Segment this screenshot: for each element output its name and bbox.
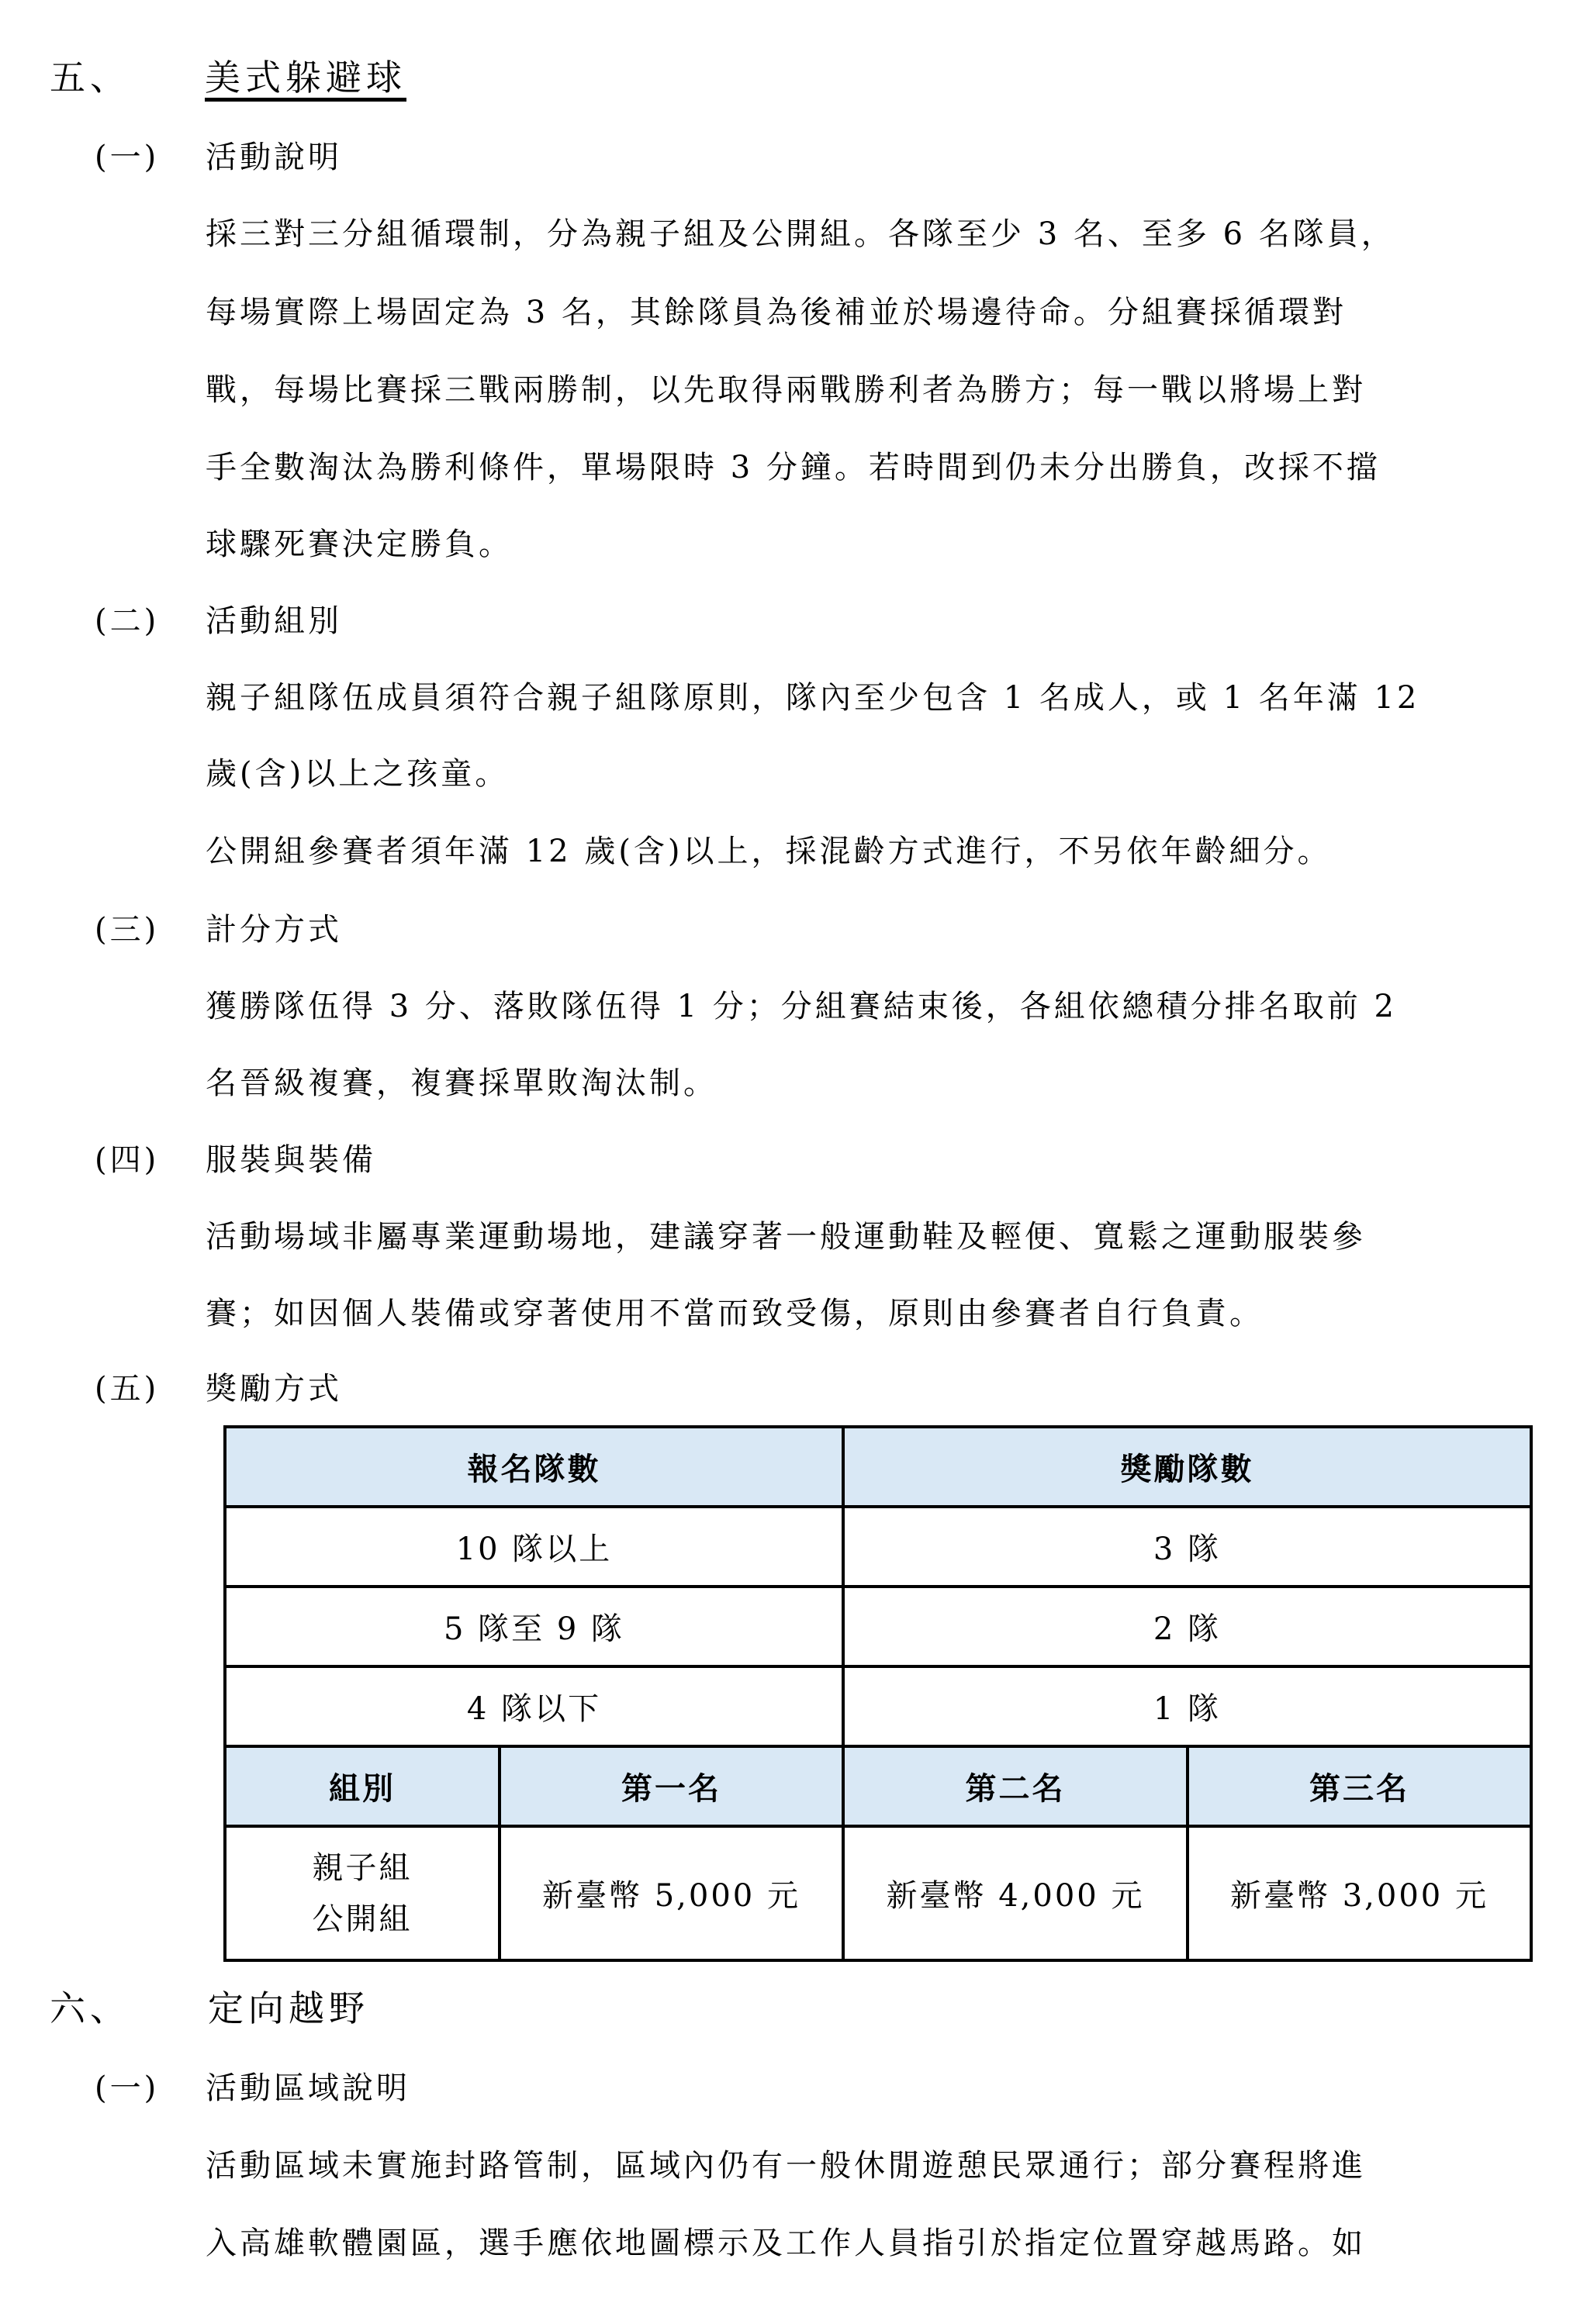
registered-teams-cell: 4 隊以下 [225,1666,843,1746]
paragraph-line: 球驟死賽決定勝負。 [206,525,513,564]
table-row: 10 隊以上 3 隊 [225,1507,1531,1587]
award-table: 報名隊數 獎勵隊數 10 隊以上 3 隊 5 隊至 9 隊 2 隊 4 隊以下 … [223,1425,1533,1962]
paragraph-line: 每場實際上場固定為 3 名，其餘隊員為後補並於場邊待命。分組賽採循環對 [206,293,1347,332]
header-third-place: 第三名 [1188,1746,1531,1826]
subsection-6-1-title: 活動區域說明 [206,2069,410,2108]
subsection-5-3-title: 計分方式 [206,910,342,949]
awarded-teams-cell: 3 隊 [843,1507,1531,1587]
subsection-5-4-title: 服裝與裝備 [206,1141,376,1179]
prize-header-row: 組別 第一名 第二名 第三名 [225,1746,1531,1826]
group-parent-child: 親子組 [226,1842,498,1894]
paragraph-line: 戰，每場比賽採三戰兩勝制，以先取得兩戰勝利者為勝方；每一戰以將場上對 [206,371,1366,409]
paragraph-line: 名晉級複賽，複賽採單敗淘汰制。 [206,1064,717,1103]
subsection-5-5-number: (五) [95,1369,159,1408]
section-5-title: 美式躲避球 [205,56,406,99]
paragraph-line: 活動場域非屬專業運動場地，建議穿著一般運動鞋及輕便、寬鬆之運動服裝參 [206,1217,1366,1256]
subsection-5-5-title: 獎勵方式 [206,1369,342,1408]
registered-teams-cell: 5 隊至 9 隊 [225,1587,843,1666]
third-place-prize: 新臺幣 3,000 元 [1188,1826,1531,1960]
subsection-5-1-number: (一) [95,138,159,177]
paragraph-line: 歲(含)以上之孩童。 [206,755,509,793]
table-row: 5 隊至 9 隊 2 隊 [225,1587,1531,1666]
subsection-5-2-number: (二) [95,602,159,641]
paragraph-line: 入高雄軟體園區，選手應依地圖標示及工作人員指引於指定位置穿越馬路。如 [206,2224,1366,2263]
first-place-prize: 新臺幣 5,000 元 [500,1826,843,1960]
awarded-teams-cell: 2 隊 [843,1587,1531,1666]
paragraph-line: 活動區域未實施封路管制，區域內仍有一般休閒遊憩民眾通行；部分賽程將進 [206,2146,1366,2185]
subsection-5-4-number: (四) [95,1141,159,1179]
section-5-number: 五、 [50,56,130,99]
header-group: 組別 [225,1746,500,1826]
awarded-teams-cell: 1 隊 [843,1666,1531,1746]
section-6-title: 定向越野 [208,1987,369,2030]
header-registered-teams: 報名隊數 [225,1427,843,1507]
paragraph-line: 採三對三分組循環制，分為親子組及公開組。各隊至少 3 名、至多 6 名隊員， [206,215,1395,254]
section-6-number: 六、 [50,1987,130,2030]
prize-row: 親子組 公開組 新臺幣 5,000 元 新臺幣 4,000 元 新臺幣 3,00… [225,1826,1531,1960]
award-table-header-row: 報名隊數 獎勵隊數 [225,1427,1531,1507]
group-cell: 親子組 公開組 [225,1826,500,1960]
group-open: 公開組 [226,1894,498,1945]
header-awarded-teams: 獎勵隊數 [843,1427,1531,1507]
paragraph-line: 公開組參賽者須年滿 12 歲(含)以上，採混齡方式進行，不另依年齡細分。 [206,832,1332,871]
registered-teams-cell: 10 隊以上 [225,1507,843,1587]
subsection-6-1-number: (一) [95,2069,159,2108]
paragraph-line: 手全數淘汰為勝利條件，單場限時 3 分鐘。若時間到仍未分出勝負，改採不擋 [206,448,1381,487]
paragraph-line: 賽；如因個人裝備或穿著使用不當而致受傷，原則由參賽者自行負責。 [206,1294,1264,1333]
paragraph-line: 獲勝隊伍得 3 分、落敗隊伍得 1 分；分組賽結束後，各組依總積分排名取前 2 [206,987,1397,1026]
paragraph-line: 親子組隊伍成員須符合親子組隊原則，隊內至少包含 1 名成人，或 1 名年滿 12 [206,679,1419,717]
header-first-place: 第一名 [500,1746,843,1826]
subsection-5-1-title: 活動說明 [206,138,342,177]
header-second-place: 第二名 [843,1746,1188,1826]
subsection-5-2-title: 活動組別 [206,602,342,641]
table-row: 4 隊以下 1 隊 [225,1666,1531,1746]
subsection-5-3-number: (三) [95,910,159,949]
second-place-prize: 新臺幣 4,000 元 [843,1826,1188,1960]
